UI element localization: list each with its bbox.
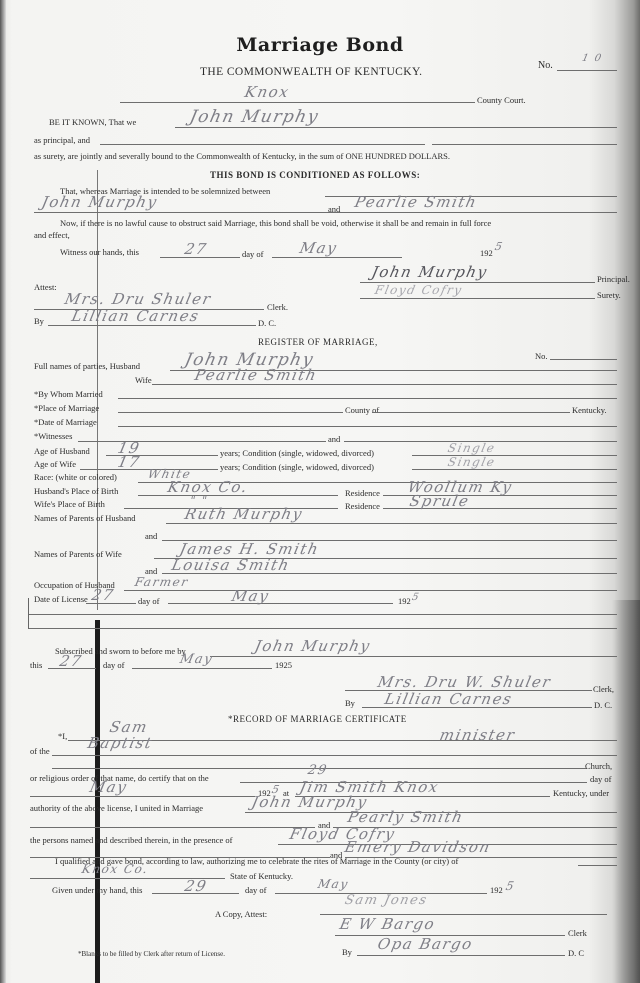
document-page: Marriage Bond THE COMMONWEALTH OF KENTUC… bbox=[0, 0, 640, 983]
occupation: Farmer bbox=[134, 575, 191, 589]
parents-husband-label: Names of Parents of Husband bbox=[34, 513, 136, 523]
husband-birth-label: Husband's Place of Birth bbox=[34, 486, 118, 496]
license-year-suffix: 5 bbox=[411, 592, 421, 603]
surety-signature: Floyd Cofry bbox=[374, 283, 465, 297]
of-the-label: of the bbox=[30, 746, 50, 756]
document-title: Marriage Bond bbox=[0, 34, 640, 56]
bond-by-label: By bbox=[34, 316, 44, 326]
sworn-dc-label: D. C. bbox=[594, 700, 612, 710]
witness-day: 27 bbox=[183, 240, 209, 258]
condition-wife: Single bbox=[447, 455, 497, 469]
witness-month: May bbox=[298, 239, 339, 257]
sworn-year: 1925 bbox=[275, 660, 292, 670]
be-it-known-label: BE IT KNOWN, That we bbox=[49, 117, 136, 127]
parents-wife-label: Names of Parents of Wife bbox=[34, 549, 122, 559]
by-whom-label: *By Whom Married bbox=[34, 389, 103, 399]
attest-dc-label: D. C bbox=[568, 948, 584, 958]
fold-shadow bbox=[95, 620, 100, 983]
place-label: *Place of Marriage bbox=[34, 403, 99, 413]
register-no-label: No. bbox=[535, 351, 548, 361]
age-wife-label: Age of Wife bbox=[34, 459, 76, 469]
bond-clerk-signature: Mrs. Dru Shuler bbox=[63, 290, 213, 308]
now-text: Now, if there is no lawful cause to obst… bbox=[60, 218, 491, 228]
kentucky-under-label: Kentucky, under bbox=[553, 788, 609, 798]
cert-day: 29 bbox=[306, 763, 329, 778]
attest-clerk-label: Clerk bbox=[568, 928, 587, 938]
wife-residence-label: Residence bbox=[345, 501, 380, 511]
cert-witness-2: Emery Davidson bbox=[343, 838, 493, 856]
state-text: State of Kentucky. bbox=[230, 871, 293, 881]
document-subtitle: THE COMMONWEALTH OF KENTUCKY. bbox=[200, 66, 422, 78]
sworn-clerk-label: Clerk, bbox=[593, 684, 614, 694]
effect-text: and effect, bbox=[34, 230, 70, 240]
cert-month: May bbox=[88, 778, 129, 796]
attest-by-label: By bbox=[342, 947, 352, 957]
witness-year-prefix: 192 bbox=[480, 248, 493, 258]
cert-day-of-label: day of bbox=[590, 774, 611, 784]
principal-label: Principal. bbox=[597, 274, 630, 284]
full-names-label: Full names of parties, Husband bbox=[34, 361, 140, 371]
age-wife: 17 bbox=[116, 453, 142, 471]
county-court-label: County Court. bbox=[477, 95, 526, 105]
bond-dc-signature: Lillian Carnes bbox=[70, 307, 201, 325]
condition-wife-label: years; Condition (single, widowed, divor… bbox=[220, 462, 374, 472]
kentucky-label: Kentucky. bbox=[572, 405, 607, 415]
wife-residence: Sprule bbox=[408, 492, 471, 510]
church-label: Church, bbox=[585, 761, 612, 771]
principal-name: John Murphy bbox=[188, 107, 321, 127]
authority-text: authority of the above license, I united… bbox=[30, 803, 203, 813]
given-day: 29 bbox=[183, 877, 209, 895]
given-year-prefix: 192 bbox=[490, 885, 503, 895]
officiant-title: minister bbox=[438, 726, 517, 744]
as-principal-label: as principal, and bbox=[34, 135, 90, 145]
minister-signature: Sam Jones bbox=[343, 893, 429, 908]
license-day: 27 bbox=[90, 586, 116, 604]
register-wife: Pearlie Smith bbox=[193, 366, 319, 384]
bond-clerk-label: Clerk. bbox=[267, 302, 288, 312]
witness-label: Witness our hands, this bbox=[60, 247, 139, 257]
county-of-label: County of bbox=[345, 405, 379, 415]
sworn-day: 27 bbox=[58, 652, 84, 670]
county-name: Knox bbox=[243, 83, 291, 101]
sworn-by-label: By bbox=[345, 698, 355, 708]
sworn-clerk-signature: Mrs. Dru W. Shuler bbox=[376, 673, 553, 691]
subscriber-name: John Murphy bbox=[253, 637, 372, 655]
party1-name: John Murphy bbox=[40, 193, 159, 211]
day-of-label: day of bbox=[242, 249, 263, 259]
footnote: *Blanks to be filled by Clerk after retu… bbox=[78, 950, 225, 958]
attest-label: Attest: bbox=[34, 282, 57, 292]
wife-birth-label: Wife's Place of Birth bbox=[34, 499, 105, 509]
given-day-of-label: day of bbox=[245, 885, 266, 895]
register-heading: REGISTER OF MARRIAGE, bbox=[258, 337, 378, 347]
sworn-month: May bbox=[178, 652, 214, 667]
and-label: and bbox=[328, 204, 340, 214]
copy-attest-label: A Copy, Attest: bbox=[215, 909, 267, 919]
bond-dc-label: D. C. bbox=[258, 318, 276, 328]
qualified-county: Knox Co. bbox=[81, 862, 150, 876]
witnesses-label: *Witnesses bbox=[34, 431, 72, 441]
given-year-suffix: 5 bbox=[505, 879, 517, 893]
church-name: Baptist bbox=[86, 734, 154, 752]
race-label: Race: (white or colored) bbox=[34, 472, 117, 482]
surety-text: as surety, are jointly and severally bou… bbox=[34, 151, 450, 161]
license-label: Date of License bbox=[34, 594, 88, 604]
wife-label: Wife bbox=[135, 375, 152, 385]
parents-wife-2: Louisa Smith bbox=[170, 556, 292, 574]
cert-i-label: *I, bbox=[58, 731, 67, 741]
attest-dc-signature: Opa Bargo bbox=[376, 935, 475, 953]
scan-right-shadow bbox=[612, 600, 640, 983]
witnesses-and-label: and bbox=[328, 434, 340, 444]
license-month: May bbox=[230, 587, 271, 605]
bond-no-value: 1 0 bbox=[581, 53, 604, 64]
principal-signature: John Murphy bbox=[370, 263, 489, 281]
condition-husband: Single bbox=[447, 441, 497, 455]
party2-name: Pearlie Smith bbox=[353, 193, 479, 211]
parents-husband-1: Ruth Murphy bbox=[183, 505, 305, 523]
surety-label: Surety. bbox=[597, 290, 621, 300]
bond-no-label: No. bbox=[538, 60, 553, 71]
condition-husband-label: years; Condition (single, widowed, divor… bbox=[220, 448, 374, 458]
sworn-this-label: this bbox=[30, 660, 42, 670]
husband-residence-label: Residence bbox=[345, 488, 380, 498]
cert-bride: Pearly Smith bbox=[346, 808, 465, 826]
sworn-dc-signature: Lillian Carnes bbox=[383, 690, 514, 708]
certificate-heading: *RECORD OF MARRIAGE CERTIFICATE bbox=[228, 714, 407, 724]
conditioned-heading: THIS BOND IS CONDITIONED AS FOLLOWS: bbox=[210, 170, 420, 180]
license-year-prefix: 192 bbox=[398, 596, 411, 606]
license-day-of-label: day of bbox=[138, 596, 159, 606]
witness-year-suffix: 5 bbox=[494, 240, 505, 253]
presence-text: the persons named and described therein,… bbox=[30, 835, 233, 845]
scan-left-edge bbox=[0, 0, 6, 983]
attest-clerk-signature: E W Bargo bbox=[338, 915, 437, 933]
parents-husband-and: and bbox=[145, 531, 157, 541]
age-husband-label: Age of Husband bbox=[34, 446, 90, 456]
given-label: Given under my hand, this bbox=[52, 885, 142, 895]
date-of-marriage-label: *Date of Marriage bbox=[34, 417, 97, 427]
given-month: May bbox=[317, 877, 351, 891]
sworn-day-of-label: day of bbox=[103, 660, 124, 670]
